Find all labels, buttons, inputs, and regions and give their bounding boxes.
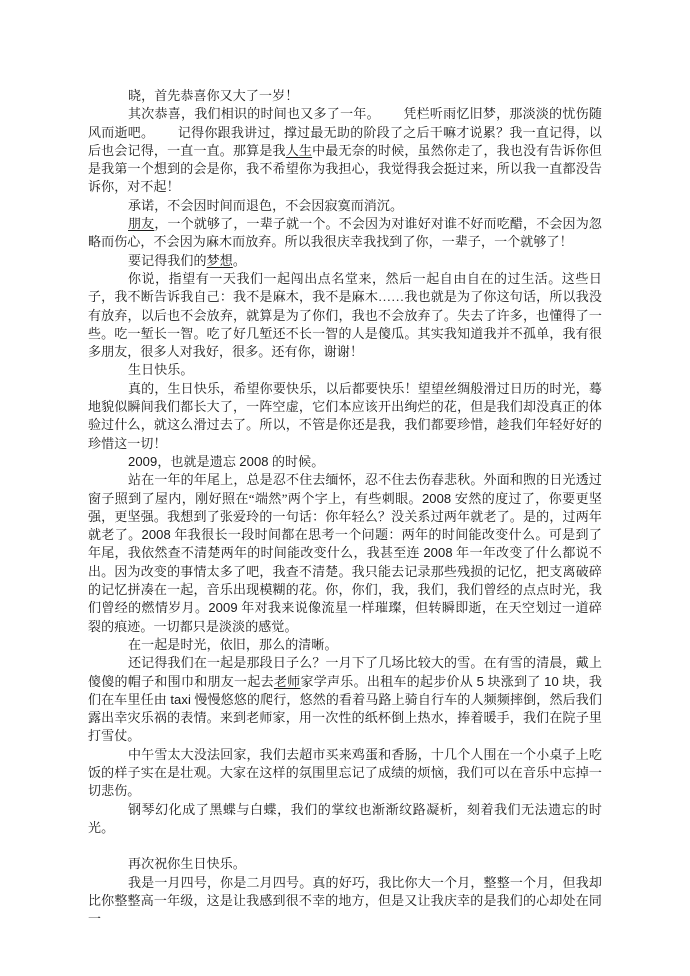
text-run: 2008 <box>423 545 452 560</box>
keyword-link[interactable]: 朋友 <box>128 216 154 231</box>
keyword-link[interactable]: 人生 <box>286 143 312 158</box>
text-run: 晓，首先恭喜你又大了一岁！ <box>128 88 298 103</box>
text-run: 5 <box>477 674 484 689</box>
text-run: 中午雪太大没法回家，我们去超市买来鸡蛋和香肠，十几个人围在一个小桌子上吃饭的样子… <box>88 747 602 799</box>
keyword-link[interactable]: 梦想 <box>207 253 233 268</box>
text-run: 我是一月四号，你是二月四号。真的好巧，我比你大一个月，整整一个月，但我却比你整整… <box>88 875 602 927</box>
text-run: 10 <box>544 674 559 689</box>
text-run: 生日快乐。 <box>128 362 194 377</box>
text-run: ，也就是遗忘 <box>157 454 239 469</box>
paragraph: 真的，生日快乐，希望你要快乐，以后都要快乐！望望丝绸般滑过日历的时光，蓦地貌似瞬… <box>88 380 602 453</box>
text-run: 你说，指望有一天我们一起闯出点名堂来，然后一起自由自在的过生活。这些日子，我不断… <box>88 271 602 359</box>
paragraph: 我是一月四号，你是二月四号。真的好巧，我比你大一个月，整整一个月，但我却比你整整… <box>88 874 602 929</box>
paragraph: 朋友，一个就够了，一辈子就一个。不会因为对谁好对谁不好而吃醋，不会因为忽略而伤心… <box>88 215 602 252</box>
paragraph: 你说，指望有一天我们一起闯出点名堂来，然后一起自由自在的过生活。这些日子，我不断… <box>88 270 602 361</box>
text-run: 要记得我们的 <box>128 253 207 268</box>
paragraph: 2009，也就是遗忘 2008 的时候。 <box>88 453 602 471</box>
text-run: taxi <box>170 692 191 707</box>
keyword-link[interactable]: 老师 <box>274 674 301 689</box>
paragraph: 还记得我们在一起是那段日子么？一月下了几场比较大的雪。在有雪的清晨，戴上傻傻的帽… <box>88 654 602 745</box>
text-run: ，一个就够了，一辈子就一个。不会因为对谁好对谁不好而吃醋，不会因为忽略而伤心，不… <box>88 216 602 249</box>
text-run: 承诺，不会因时间而退色，不会因寂寞而消沉。 <box>128 198 403 213</box>
text-run: 2008 <box>239 454 268 469</box>
paragraph: 站在一年的年尾上，总是忍不住去缅怀，忍不住去伤春悲秋。外面和煦的日光透过窗子照到… <box>88 471 602 636</box>
document-page: 晓，首先恭喜你又大了一岁！其次恭喜，我们相识的时间也又多了一年。 凭栏听雨忆旧梦… <box>0 0 690 976</box>
paragraph: 生日快乐。 <box>88 361 602 379</box>
text-run: 。 <box>233 253 246 268</box>
text-run: 的时候。 <box>269 454 325 469</box>
paragraph: 再次祝你生日快乐。 <box>88 855 602 873</box>
paragraph: 中午雪太大没法回家，我们去超市买来鸡蛋和香肠，十几个人围在一个小桌子上吃饭的样子… <box>88 746 602 801</box>
text-run: 再次祝你生日快乐。 <box>128 856 246 871</box>
paragraph: 要记得我们的梦想。 <box>88 252 602 270</box>
paragraph: 承诺，不会因时间而退色，不会因寂寞而消沉。 <box>88 197 602 215</box>
blank-line <box>88 837 602 855</box>
document-body: 晓，首先恭喜你又大了一岁！其次恭喜，我们相识的时间也又多了一年。 凭栏听雨忆旧梦… <box>88 87 602 929</box>
text-run: 2008 <box>422 491 451 506</box>
text-run: 在一起是时光，依旧，那么的清晰。 <box>128 637 338 652</box>
text-run: 真的，生日快乐，希望你要快乐，以后都要快乐！望望丝绸般滑过日历的时光，蓦地貌似瞬… <box>88 381 602 451</box>
text-run: 块涨到了 <box>484 674 544 689</box>
paragraph: 晓，首先恭喜你又大了一岁！ <box>88 87 602 105</box>
text-run: 2009 <box>128 454 157 469</box>
paragraph: 其次恭喜，我们相识的时间也又多了一年。 凭栏听雨忆旧梦，那淡淡的忧伤随风而逝吧。… <box>88 105 602 196</box>
text-run: 2009 <box>208 600 237 615</box>
text-run: 家学声乐。出租车的起步价从 <box>300 674 476 689</box>
text-run: 2008 <box>141 527 170 542</box>
text-run: 钢琴幻化成了黑蝶与白蝶，我们的掌纹也渐渐纹路凝析，刻着我们无法遗忘的时光。 <box>88 802 602 835</box>
paragraph: 在一起是时光，依旧，那么的清晰。 <box>88 636 602 654</box>
paragraph: 钢琴幻化成了黑蝶与白蝶，我们的掌纹也渐渐纹路凝析，刻着我们无法遗忘的时光。 <box>88 801 602 838</box>
